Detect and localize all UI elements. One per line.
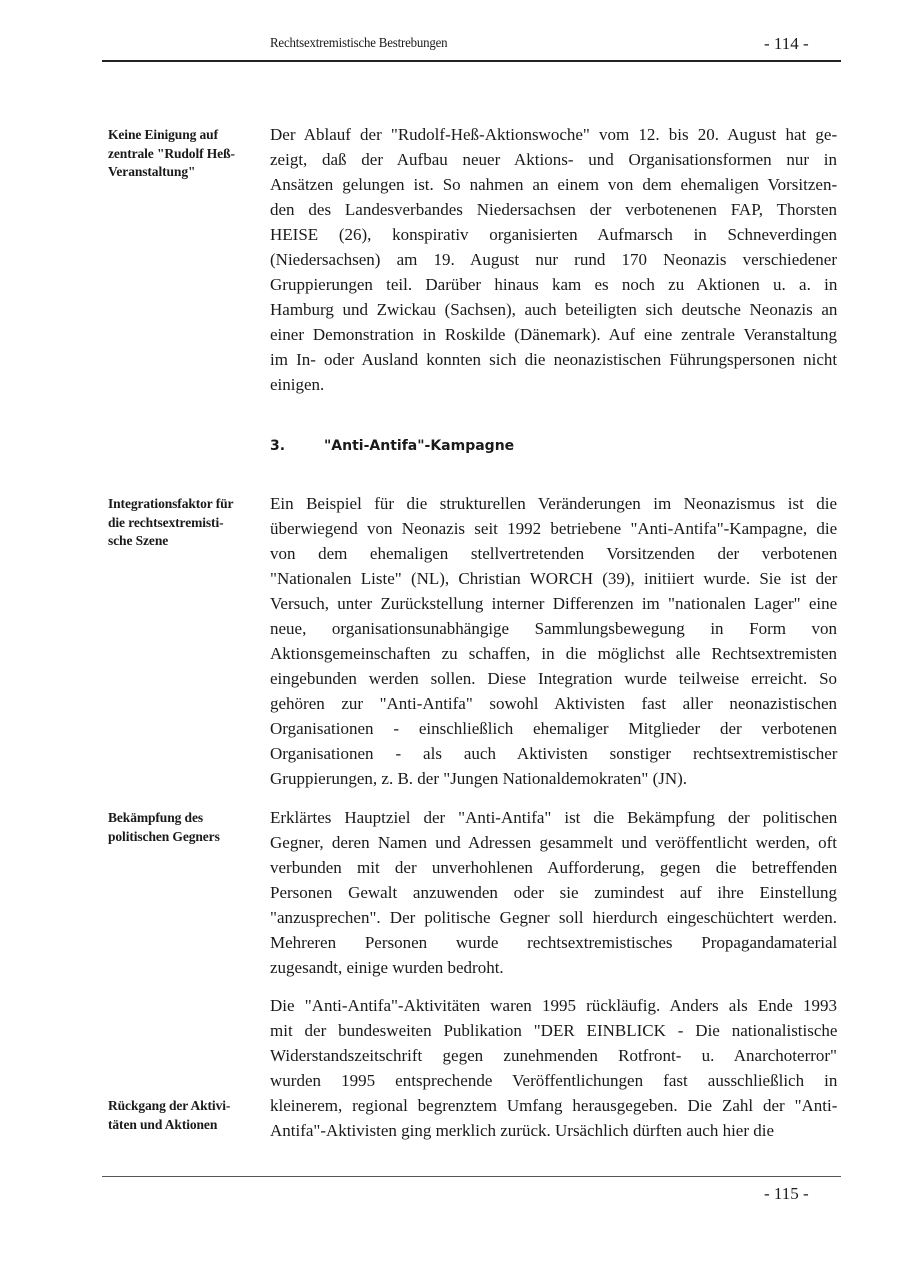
paragraph-3: Erklärtes Hauptziel der "Anti-Antifa" is…	[270, 805, 837, 980]
text-line: Ansätzen gelungen ist. So nahmen an eine…	[270, 172, 837, 197]
paragraph-2: Ein Beispiel für die strukturellen Verän…	[270, 491, 837, 791]
margin-note-line: Keine Einigung auf	[108, 126, 263, 145]
margin-note-rueckgang: Rückgang der Aktivi- täten und Aktionen	[108, 1097, 263, 1134]
margin-note-bekaempfung: Bekämpfung des politischen Gegners	[108, 809, 263, 846]
running-header-title: Rechtsextremistische Bestrebungen	[270, 36, 447, 52]
text-line: HEISE (26), konspirativ organisierten Au…	[270, 222, 837, 247]
section-number: 3.	[270, 438, 324, 454]
text-line: Die "Anti-Antifa"-Aktivitäten waren 1995…	[270, 993, 837, 1018]
footer-page-number: - 115 -	[764, 1184, 809, 1204]
text-line: kleinerem, regional begrenztem Umfang he…	[270, 1093, 837, 1118]
margin-note-line: Rückgang der Aktivi-	[108, 1097, 263, 1116]
text-line: den des Landesverbandes Niedersachsen de…	[270, 197, 837, 222]
text-line: verbunden mit der unverhohlenen Aufforde…	[270, 855, 837, 880]
text-line: Versuch, unter Zurückstellung interner D…	[270, 591, 837, 616]
margin-note-line: sche Szene	[108, 532, 263, 551]
text-line: eingebunden werden sollen. Diese Integra…	[270, 666, 837, 691]
text-line: Hamburg und Zwickau (Sachsen), auch bete…	[270, 297, 837, 322]
text-line: Der Ablauf der "Rudolf-Heß-Aktionswoche"…	[270, 122, 837, 147]
text-line: "Nationalen Liste" (NL), Christian WORCH…	[270, 566, 837, 591]
margin-note-line: Veranstaltung"	[108, 163, 263, 182]
margin-note-line: zentrale "Rudolf Heß-	[108, 145, 263, 164]
section-heading: 3."Anti-Antifa"-Kampagne	[270, 438, 514, 454]
text-line: Mehreren Personen wurde rechtsextremisti…	[270, 930, 837, 955]
paragraph-4: Die "Anti-Antifa"-Aktivitäten waren 1995…	[270, 993, 837, 1143]
margin-note-integrationsfaktor: Integrationsfaktor für die rechtsextremi…	[108, 495, 263, 551]
footer-rule	[102, 1176, 841, 1177]
text-line: Gruppierungen teil. Darüber hinaus kam e…	[270, 272, 837, 297]
text-line: gehören zur "Anti-Antifa" sowohl Aktivis…	[270, 691, 837, 716]
text-line: neue, organisationsunabhängige Sammlungs…	[270, 616, 837, 641]
text-line: zeigt, daß der Aufbau neuer Aktions- und…	[270, 147, 837, 172]
text-line: von dem ehemaligen stellvertretenden Vor…	[270, 541, 837, 566]
text-line: Widerstandszeitschrift gegen zunehmenden…	[270, 1043, 837, 1068]
text-line: "anzusprechen". Der politische Gegner so…	[270, 905, 837, 930]
header-page-number: - 114 -	[764, 34, 809, 54]
text-line: Ein Beispiel für die strukturellen Verän…	[270, 491, 837, 516]
margin-note-line: politischen Gegners	[108, 828, 263, 847]
margin-note-keine-einigung: Keine Einigung auf zentrale "Rudolf Heß-…	[108, 126, 263, 182]
text-line: Personen Gewalt anzuwenden oder sie zumi…	[270, 880, 837, 905]
text-line: (Niedersachsen) am 19. August nur rund 1…	[270, 247, 837, 272]
margin-note-line: die rechtsextremisti-	[108, 514, 263, 533]
text-line: überwiegend von Neonazis seit 1992 betri…	[270, 516, 837, 541]
header-rule	[102, 60, 841, 62]
text-line: Organisationen - einschließlich ehemalig…	[270, 716, 837, 741]
margin-note-line: Bekämpfung des	[108, 809, 263, 828]
text-line: einer Demonstration in Roskilde (Dänemar…	[270, 322, 837, 347]
text-line: Gruppierungen, z. B. der "Jungen Nationa…	[270, 766, 837, 791]
text-line: Erklärtes Hauptziel der "Anti-Antifa" is…	[270, 805, 837, 830]
text-line: Antifa"-Aktivisten ging merklich zurück.…	[270, 1118, 837, 1143]
paragraph-1: Der Ablauf der "Rudolf-Heß-Aktionswoche"…	[270, 122, 837, 397]
section-title: "Anti-Antifa"-Kampagne	[324, 438, 514, 454]
text-line: Aktionsgemeinschaften zu schaffen, in di…	[270, 641, 837, 666]
text-line: einigen.	[270, 372, 837, 397]
text-line: Organisationen - als auch Aktivisten son…	[270, 741, 837, 766]
margin-note-line: täten und Aktionen	[108, 1116, 263, 1135]
text-line: im In- oder Ausland konnten sich die neo…	[270, 347, 837, 372]
text-line: wurden 1995 entsprechende Veröffentlichu…	[270, 1068, 837, 1093]
text-line: mit der bundesweiten Publikation "DER EI…	[270, 1018, 837, 1043]
text-line: zugesandt, einige wurden bedroht.	[270, 955, 837, 980]
margin-note-line: Integrationsfaktor für	[108, 495, 263, 514]
text-line: Gegner, deren Namen und Adressen gesamme…	[270, 830, 837, 855]
